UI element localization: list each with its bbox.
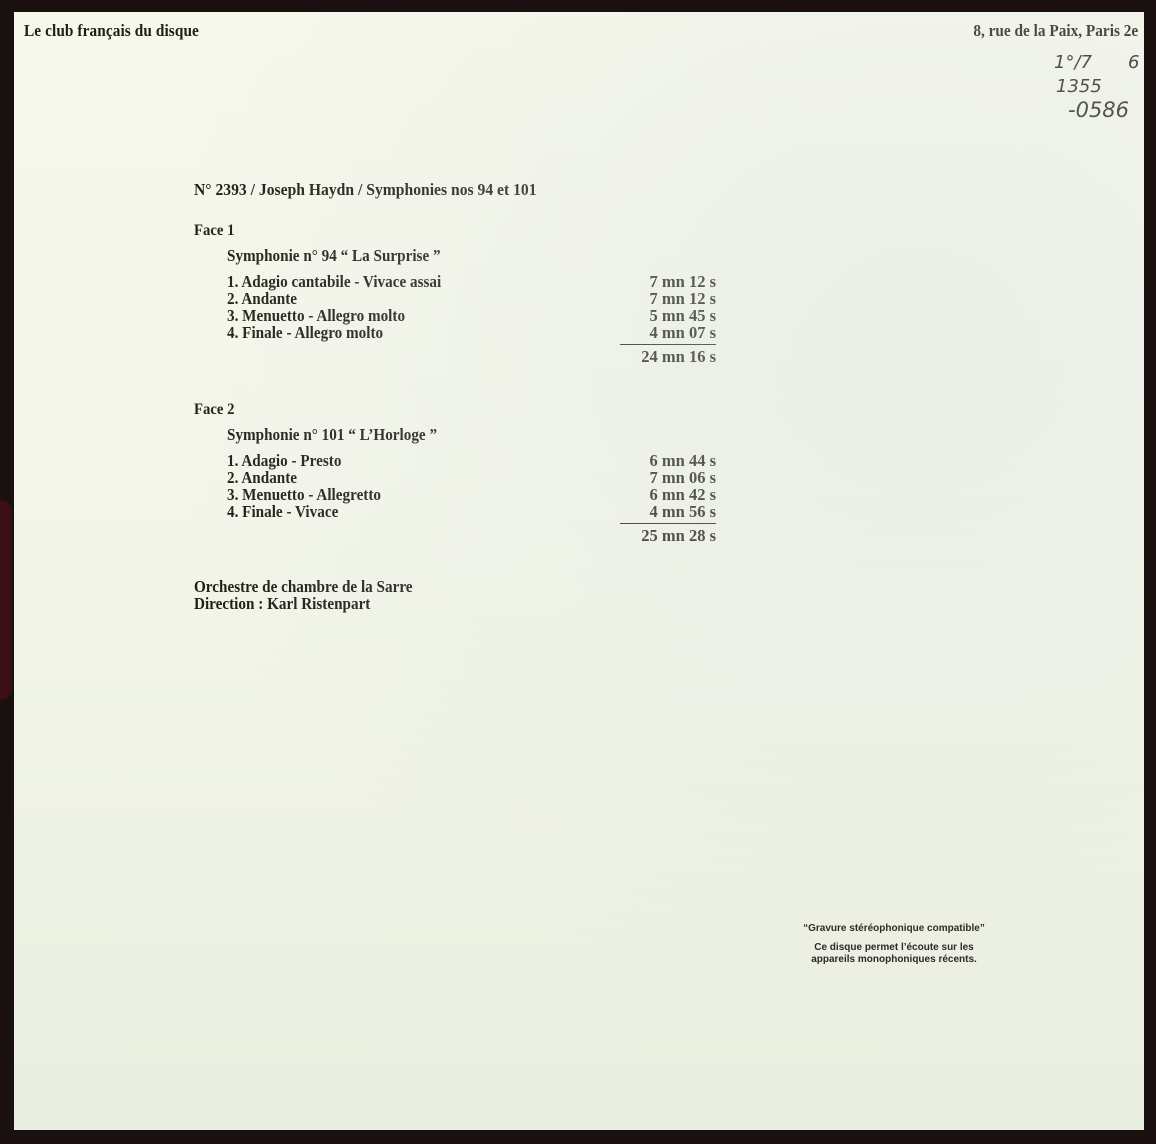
- movement-title: 3. Menuetto - Allegro molto: [227, 307, 405, 324]
- movement-duration: 7 mn 12 s: [650, 290, 716, 307]
- conductor-credit: Direction : Karl Ristenpart: [194, 595, 672, 612]
- movement-row: 4. Finale - Allegro molto 4 mn 07 s: [227, 324, 716, 341]
- face-total-duration: 25 mn 28 s: [227, 526, 716, 546]
- movement-duration: 7 mn 12 s: [650, 273, 716, 290]
- movement-title: 1. Adagio - Presto: [227, 452, 341, 469]
- face-2: Face 2 Symphonie n° 101 “ L’Horloge ” 1.…: [194, 401, 714, 546]
- track-listing: N° 2393 / Joseph Haydn / Symphonies nos …: [194, 180, 714, 612]
- handwritten-note-1: 1°/7: [1054, 54, 1092, 72]
- movement-duration: 6 mn 44 s: [650, 452, 716, 469]
- handwritten-note-1-right: 6: [1128, 54, 1139, 72]
- symphony-title: Symphonie n° 94 “ La Surprise ”: [227, 246, 675, 266]
- performer-credits: Orchestre de chambre de la Sarre Directi…: [194, 578, 714, 612]
- handwritten-note-3: -0586: [1068, 100, 1129, 121]
- movement-title: 4. Finale - Allegro molto: [227, 324, 383, 341]
- release-title: N° 2393 / Joseph Haydn / Symphonies nos …: [194, 180, 672, 200]
- record-edge-peek: [0, 500, 12, 700]
- movement-title: 4. Finale - Vivace: [227, 503, 338, 520]
- handwritten-note-2: 1355: [1056, 78, 1102, 96]
- movement-duration: 7 mn 06 s: [650, 469, 716, 486]
- movement-row: 1. Adagio cantabile - Vivace assai 7 mn …: [227, 273, 716, 290]
- movement-row: 3. Menuetto - Allegretto 6 mn 42 s: [227, 486, 716, 503]
- face-total-duration: 24 mn 16 s: [227, 347, 716, 367]
- movement-row: 2. Andante 7 mn 06 s: [227, 469, 716, 486]
- symphony-title: Symphonie n° 101 “ L’Horloge ”: [227, 425, 675, 445]
- movement-row: 3. Menuetto - Allegro molto 5 mn 45 s: [227, 307, 716, 324]
- publisher-address: 8, rue de la Paix, Paris 2e: [973, 21, 1138, 41]
- movement-title: 3. Menuetto - Allegretto: [227, 486, 381, 503]
- face-label: Face 1: [194, 222, 672, 240]
- record-sleeve-back: Le club français du disque 8, rue de la …: [14, 12, 1144, 1130]
- movement-duration: 6 mn 42 s: [650, 486, 716, 503]
- movement-duration: 4 mn 07 s: [650, 324, 716, 341]
- movement-duration: 4 mn 56 s: [650, 503, 716, 520]
- stereo-compatibility-note: “Gravure stéréophonique compatible” Ce d…: [789, 923, 999, 966]
- face-1: Face 1 Symphonie n° 94 “ La Surprise ” 1…: [194, 222, 714, 367]
- publisher-name: Le club français du disque: [24, 21, 199, 41]
- stereo-note-line: Ce disque permet l’écoute sur les: [789, 942, 999, 954]
- movement-list: 1. Adagio cantabile - Vivace assai 7 mn …: [227, 273, 716, 367]
- stereo-note-line: appareils monophoniques récents.: [789, 954, 999, 966]
- stereo-note-heading: “Gravure stéréophonique compatible”: [789, 923, 999, 934]
- movement-list: 1. Adagio - Presto 6 mn 44 s 2. Andante …: [227, 452, 716, 546]
- stereo-note-body: Ce disque permet l’écoute sur les appare…: [789, 942, 999, 966]
- orchestra-name: Orchestre de chambre de la Sarre: [194, 578, 672, 595]
- movement-row: 2. Andante 7 mn 12 s: [227, 290, 716, 307]
- movement-row: 1. Adagio - Presto 6 mn 44 s: [227, 452, 716, 469]
- movement-title: 2. Andante: [227, 290, 297, 307]
- total-divider: [620, 344, 716, 345]
- movement-title: 2. Andante: [227, 469, 297, 486]
- movement-duration: 5 mn 45 s: [650, 307, 716, 324]
- movement-row: 4. Finale - Vivace 4 mn 56 s: [227, 503, 716, 520]
- total-divider: [620, 523, 716, 524]
- movement-title: 1. Adagio cantabile - Vivace assai: [227, 273, 441, 290]
- face-label: Face 2: [194, 401, 672, 419]
